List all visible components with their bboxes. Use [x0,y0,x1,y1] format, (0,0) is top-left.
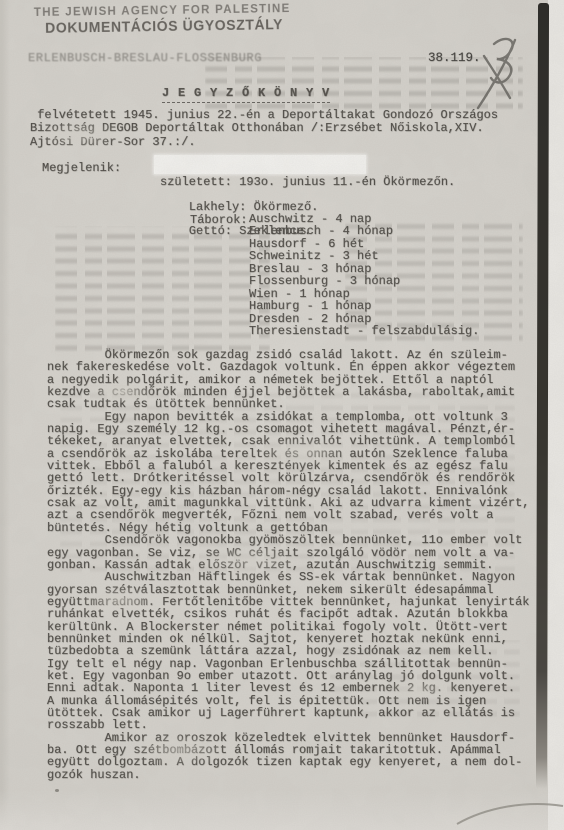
testimony-paragraph: Auschwitzban Häftlingek és SS-ek vártak … [47,571,552,731]
scan-edge-strip [536,3,549,789]
redacted-name-box [154,155,366,174]
testimony-paragraph: Egy napon bevitték a zsidókat a templomb… [47,411,552,534]
testimony-paragraph: Amikor az oroszok közeledtek elvittek be… [47,732,552,781]
page-curl-line [455,790,564,830]
appears-label: Megjelenik: [42,161,121,175]
scanner-background [548,0,564,830]
camps-label: Táborok: [190,213,248,227]
camps-list: Auschwitz - 4 napErlenbusch - 4 hónapHau… [249,213,479,338]
camp-row: Schweinitz - 3 hét [249,250,479,262]
stamp-line-2: DOKUMENTÁCIÓS ÜGYOSZTÁLY [45,16,291,36]
testimony-paragraph: Csendőrök vagonokba gyömöszöltek bennünk… [47,534,552,571]
camp-route-header: ERLENBUSCH-BRESLAU-FLOSSENBURG [28,51,262,65]
agency-stamp: THE JEWISH AGENCY FOR PALESTINE DOKUMENT… [34,3,291,36]
ink-speck [55,789,59,792]
document-title: J E G Y Z Ő K Ö N Y V [162,86,330,103]
camp-row: Hamburg - 1 hónap [249,300,479,312]
testimony-paragraph: Ökörmezőn sok gazdag zsidó család lakott… [47,349,552,411]
document-scan-page: THE JEWISH AGENCY FOR PALESTINE DOKUMENT… [0,0,564,830]
protocol-intro: felvétetett 1945. junius 22.-én a Deport… [30,109,535,149]
camp-row: Flossenburg - 3 hónap [249,275,479,287]
birth-line: született: 193o. junius 11.-én Ökörmezőn… [160,175,455,189]
handwritten-mark [470,34,532,114]
camp-row: Theresienstadt - felszabdulásig. [249,325,479,337]
testimony-body: Ökörmezőn sok gazdag zsidó család lakott… [47,349,552,781]
